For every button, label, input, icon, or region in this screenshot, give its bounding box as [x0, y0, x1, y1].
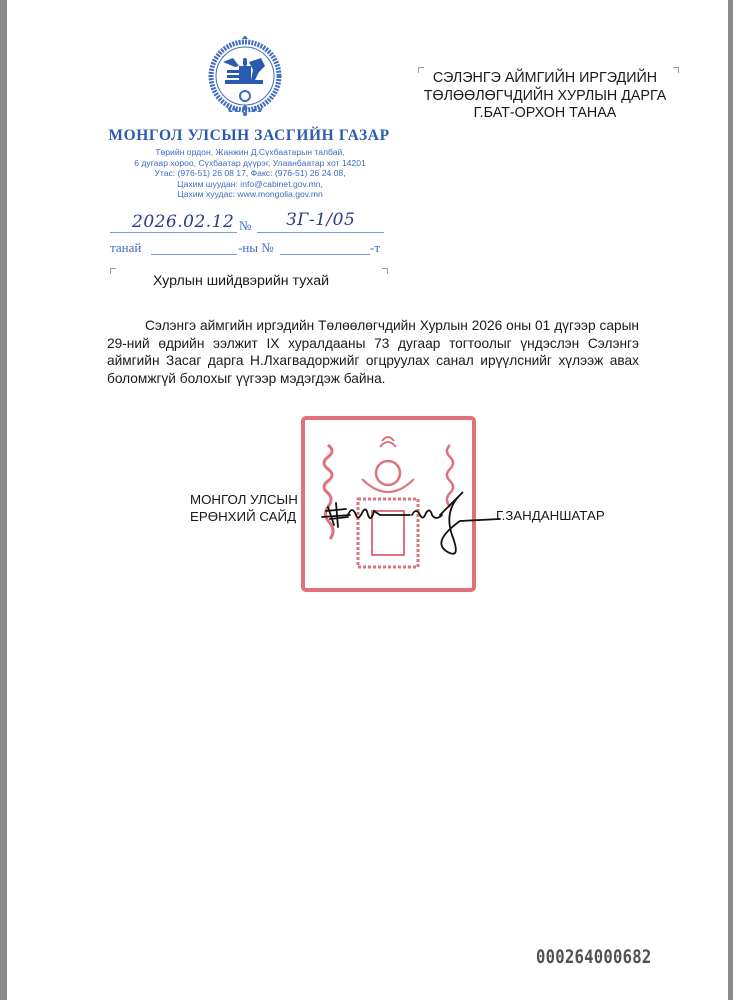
number-underline [257, 232, 384, 233]
organization-title: МОНГОЛ УЛСЫН ЗАСГИЙН ГАЗАР [108, 127, 390, 145]
your-number-underline [280, 254, 370, 255]
scan-edge-right [728, 0, 733, 1000]
signer-title-line-2: ЕРӨНХИЙ САЙД [190, 509, 298, 526]
letter-body: Сэлэнгэ аймгийн иргэдийн Төлөөлөгчдийн Х… [107, 317, 639, 387]
recipient-line-3: Г.БАТ-ОРХОН ТАНАА [408, 105, 682, 123]
ny-number-label: -ны № [238, 240, 274, 256]
contact-address-line1: Төрийн ордон, Жанжин Д.Сүхбаатарын талба… [100, 147, 400, 158]
contact-info: Төрийн ордон, Жанжин Д.Сүхбаатарын талба… [100, 147, 400, 200]
body-paragraph: Сэлэнгэ аймгийн иргэдийн Төлөөлөгчдийн Х… [107, 317, 639, 387]
subject-line: Хурлын шийдвэрийн тухай [153, 273, 329, 289]
subject-corner-mark-left [110, 268, 116, 274]
signer-title: МОНГОЛ УЛСЫН ЕРӨНХИЙ САЙД [190, 492, 298, 525]
handwritten-signature [320, 485, 505, 555]
contact-phone-fax: Утас: (976-51) 26 08 17, Факс: (976-51) … [100, 168, 400, 179]
recipient-block: СЭЛЭНГЭ АЙМГИЙН ИРГЭДИЙН ТӨЛӨӨЛӨГЧДИЙН Х… [408, 70, 682, 123]
your-date-underline [151, 254, 237, 255]
number-symbol: № [239, 218, 251, 234]
recipient-line-2: ТӨЛӨӨЛӨГЧДИЙН ХУРЛЫН ДАРГА [408, 88, 682, 106]
contact-email: Цахим шуудан: info@cabinet.gov.mn, [100, 179, 400, 190]
handwritten-date: 2026.02.12 [132, 212, 234, 232]
your-label: танай [110, 240, 141, 256]
recipient-line-1: СЭЛЭНГЭ АЙМГИЙН ИРГЭДИЙН [408, 70, 682, 88]
subject-corner-mark-right [382, 268, 388, 274]
contact-address-line2: 6 дугаар хороо, Сүхбаатар дүүрэг, Улаанб… [100, 158, 400, 169]
state-emblem-icon [205, 36, 285, 120]
contact-website: Цахим хуудас: www.mongolia.gov.mn [100, 189, 400, 200]
signer-title-line-1: МОНГОЛ УЛСЫН [190, 492, 298, 509]
serial-number: 000264000682 [536, 946, 652, 968]
signer-name: Г.ЗАНДАНШАТАР [496, 508, 605, 523]
handwritten-number: ЗГ-1/05 [286, 210, 355, 230]
scan-edge-left [0, 0, 7, 1000]
t-suffix-label: -т [370, 240, 380, 256]
date-underline [110, 232, 237, 233]
